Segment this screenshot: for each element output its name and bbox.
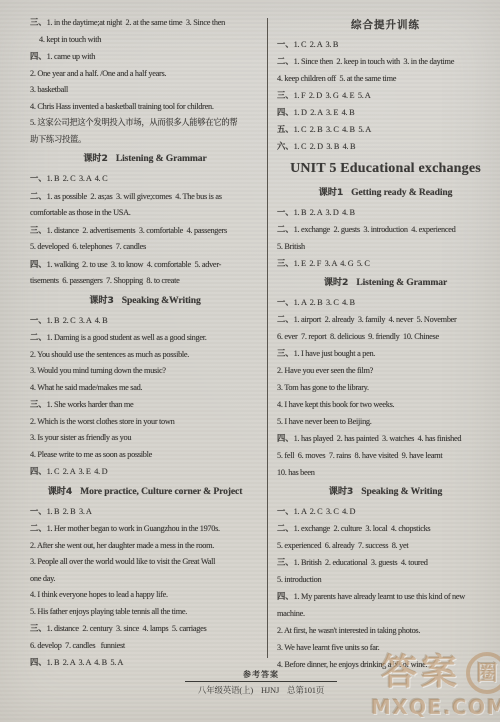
- footer-reference-label: 参考答案: [185, 669, 337, 682]
- answer-line: 三、1. E 2. F 3. A 4. G 5. C: [277, 255, 494, 272]
- answer-line: 二、1. exchange 2. culture 3. local 4. cho…: [277, 520, 494, 537]
- section-marker: 二、: [30, 191, 47, 201]
- lesson-header-zh: 课时3: [89, 295, 113, 306]
- lesson-header: 课时2Listening & Grammar: [30, 148, 260, 170]
- answer-line: 2. At first, he wasn't interested in tak…: [277, 622, 494, 639]
- section-marker: 五、: [277, 124, 294, 134]
- section-marker: 二、: [277, 56, 294, 66]
- page-footer: 参考答案 八年级英语(上)HJNJ总第101页: [185, 669, 337, 696]
- section-marker: 三、: [277, 348, 294, 358]
- answer-line: 六、1. C 2. D 3. B 4. B: [277, 138, 494, 155]
- lesson-header-en: Listening & Grammar: [116, 153, 207, 164]
- answer-line: 二、1. exchange 2. guests 3. introduction …: [277, 221, 494, 238]
- section-marker: 一、: [277, 506, 294, 516]
- left-column: 三、1. in the daytime;at night 2. at the s…: [30, 14, 260, 666]
- lesson-header-en: Listening & Grammar: [356, 277, 447, 288]
- section-marker: 三、: [30, 17, 47, 27]
- answer-line: 三、1. She works harder than me: [30, 396, 260, 414]
- answer-line: 6. ever 7. report 8. delicious 9. friend…: [277, 328, 494, 345]
- answer-line: 一、1. A 2. B 3. C 4. B: [277, 294, 494, 311]
- answer-line: 一、1. B 2. C 3. A 4. C: [30, 170, 260, 188]
- answer-line: 3. Would you mind turning down the music…: [30, 363, 260, 380]
- answer-line: 四、1. has played 2. has painted 3. watche…: [277, 430, 494, 447]
- lesson-header: 课时2Listening & Grammar: [277, 272, 494, 294]
- answer-line: 5. I have never been to Beijing.: [277, 413, 494, 430]
- answer-line: 三、1. distance 2. advertisements 3. comfo…: [30, 222, 260, 240]
- column-divider: [267, 18, 268, 658]
- section-marker: 二、: [30, 523, 47, 533]
- answer-line: 二、1. Since then 2. keep in touch with 3.…: [277, 53, 494, 70]
- section-marker: 四、: [30, 466, 47, 476]
- answer-line: 四、1. My parents have already learnt to u…: [277, 588, 494, 605]
- lesson-header-en: Speaking & Writing: [361, 486, 442, 497]
- answer-line: 四、1. C 2. A 3. E 4. D: [30, 463, 260, 481]
- answer-line: 四、1. came up with: [30, 48, 260, 66]
- section-marker: 六、: [277, 141, 294, 151]
- answer-line: 4. kept in touch with: [30, 32, 260, 49]
- scanned-answer-page: 三、1. in the daytime;at night 2. at the s…: [0, 0, 500, 722]
- section-marker: 四、: [277, 107, 294, 117]
- footer-edition-code: HJNJ: [261, 685, 279, 695]
- lesson-header: 课时4More practice, Culture corner & Proje…: [30, 481, 260, 503]
- answer-line: 3. People all over the world would like …: [30, 554, 260, 571]
- answer-line: 4. Chris Hass invented a basketball trai…: [30, 99, 260, 116]
- right-column: 综合提升训练一、1. C 2. A 3. B二、1. Since then 2.…: [277, 14, 494, 678]
- answer-line: 2. Have you ever seen the film?: [277, 362, 494, 379]
- lesson-header-zh: 课时3: [329, 486, 353, 497]
- answer-line: 6. develop 7. candles funniest: [30, 638, 260, 655]
- answer-line: 三、1. in the daytime;at night 2. at the s…: [30, 14, 260, 32]
- answer-line: 三、1. F 2. D 3. G 4. E 5. A: [277, 87, 494, 104]
- answer-line: 四、1. B 2. A 3. A 4. B 5. A: [30, 654, 260, 666]
- lesson-header-zh: 课时1: [319, 187, 343, 198]
- section-marker: 三、: [277, 90, 294, 100]
- answer-line: comfortable as those in the USA.: [30, 205, 260, 222]
- section-marker: 三、: [30, 225, 47, 235]
- answer-line: 2. After she went out, her daughter made…: [30, 538, 260, 555]
- section-marker: 三、: [30, 399, 47, 409]
- answer-line: 五、1. C 2. B 3. C 4. B 5. A: [277, 121, 494, 138]
- answer-line: 一、1. A 2. C 3. C 4. D: [277, 503, 494, 520]
- section-marker: 二、: [30, 332, 47, 342]
- answer-line: 4. I think everyone hopes to lead a happ…: [30, 587, 260, 604]
- section-marker: 一、: [277, 39, 294, 49]
- answer-line: 5. developed 6. telephones 7. candles: [30, 239, 260, 256]
- answer-line: 一、1. B 2. C 3. A 4. B: [30, 312, 260, 330]
- section-marker: 二、: [277, 314, 294, 324]
- answer-line: 5. introduction: [277, 571, 494, 588]
- lesson-header-en: More practice, Culture corner & Project: [80, 486, 242, 497]
- answer-line: 5. fell 6. moves 7. rains 8. have visite…: [277, 447, 494, 464]
- section-marker: 三、: [277, 557, 294, 567]
- answer-line: 3. basketball: [30, 82, 260, 99]
- section-marker: 一、: [30, 315, 47, 325]
- answer-line: 2. You should use the sentences as much …: [30, 347, 260, 364]
- answer-line: tisements 6. passengers 7. Shopping 8. t…: [30, 273, 260, 290]
- answer-line: 一、1. B 2. A 3. D 4. B: [277, 204, 494, 221]
- answer-line: 4. keep children off 5. at the same time: [277, 70, 494, 87]
- section-marker: 四、: [30, 259, 47, 269]
- watermark-site: MXQE.COM: [371, 696, 500, 718]
- section-marker: 四、: [30, 657, 47, 666]
- answer-line: 二、1. Her mother began to work in Guangzh…: [30, 520, 260, 538]
- lesson-header-en: Getting ready & Reading: [351, 187, 452, 198]
- lesson-header-zh: 课时2: [324, 277, 348, 288]
- answer-line: 三、1. British 2. educational 3. guests 4.…: [277, 554, 494, 571]
- answer-line: 2. Which is the worst clothes store in y…: [30, 414, 260, 431]
- answer-line: 4. Please write to me as soon as possibl…: [30, 447, 260, 464]
- section-marker: 四、: [277, 591, 294, 601]
- answer-line: 10. has been: [277, 464, 494, 481]
- section-marker: 二、: [277, 523, 294, 533]
- footer-page-number: 总第101页: [287, 685, 324, 695]
- answer-line: 4. I have kept this book for two weeks.: [277, 396, 494, 413]
- answer-line: 四、1. D 2. A 3. E 4. B: [277, 104, 494, 121]
- answer-line: 二、1. Daming is a good student as well as…: [30, 329, 260, 347]
- section-marker: 四、: [30, 51, 47, 61]
- answer-line: 二、1. as possible 2. as;as 3. will give;c…: [30, 188, 260, 206]
- unit-header: UNIT 5 Educational exchanges: [277, 155, 494, 182]
- footer-book-title: 八年级英语(上): [198, 685, 253, 695]
- answer-line: 3. Is your sister as friendly as you: [30, 430, 260, 447]
- answer-line: 5. His father enjoys playing table tenni…: [30, 604, 260, 621]
- lesson-header-zh: 课时4: [48, 486, 72, 497]
- lesson-header-zh: 课时2: [83, 153, 107, 164]
- section-marker: 一、: [30, 506, 47, 516]
- footer-book-info: 八年级英语(上)HJNJ总第101页: [185, 682, 337, 696]
- section-marker: 四、: [277, 433, 294, 443]
- answer-line: 三、1. I have just bought a pen.: [277, 345, 494, 362]
- answer-line: 一、1. B 2. B 3. A: [30, 503, 260, 521]
- section-marker: 一、: [30, 173, 47, 183]
- lesson-header-en: Speaking &Writing: [122, 295, 201, 306]
- answer-line: 助下练习投篮。: [30, 132, 260, 149]
- answer-line: 4. What he said made/makes me sad.: [30, 380, 260, 397]
- answer-line: 3. Tom has gone to the library.: [277, 379, 494, 396]
- answer-line: 5. 这家公司把这个发明投入市场，从而很多人能够在它的帮: [30, 115, 260, 132]
- answer-line: 2. One year and a half. /One and a half …: [30, 66, 260, 83]
- answer-line: 三、1. distance 2. century 3. since 4. lam…: [30, 620, 260, 638]
- lesson-header: 课时3Speaking & Writing: [277, 481, 494, 503]
- answer-line: 3. We have learnt five units so far.: [277, 639, 494, 656]
- answer-line: 四、1. walking 2. to use 3. to know 4. com…: [30, 256, 260, 274]
- section-marker: 三、: [30, 623, 47, 633]
- lesson-header: 课时3Speaking &Writing: [30, 290, 260, 312]
- section-marker: 二、: [277, 224, 294, 234]
- answer-line: one day.: [30, 571, 260, 588]
- section-marker: 一、: [277, 297, 294, 307]
- answer-line: 一、1. C 2. A 3. B: [277, 36, 494, 53]
- answer-line: 二、1. airport 2. already 3. family 4. nev…: [277, 311, 494, 328]
- section-marker: 一、: [277, 207, 294, 217]
- section-marker: 三、: [277, 258, 294, 268]
- answer-line: machine.: [277, 605, 494, 622]
- section-header: 综合提升训练: [277, 14, 494, 36]
- lesson-header: 课时1Getting ready & Reading: [277, 182, 494, 204]
- answer-line: 5. experienced 6. already 7. success 8. …: [277, 537, 494, 554]
- answer-line: 5. British: [277, 238, 494, 255]
